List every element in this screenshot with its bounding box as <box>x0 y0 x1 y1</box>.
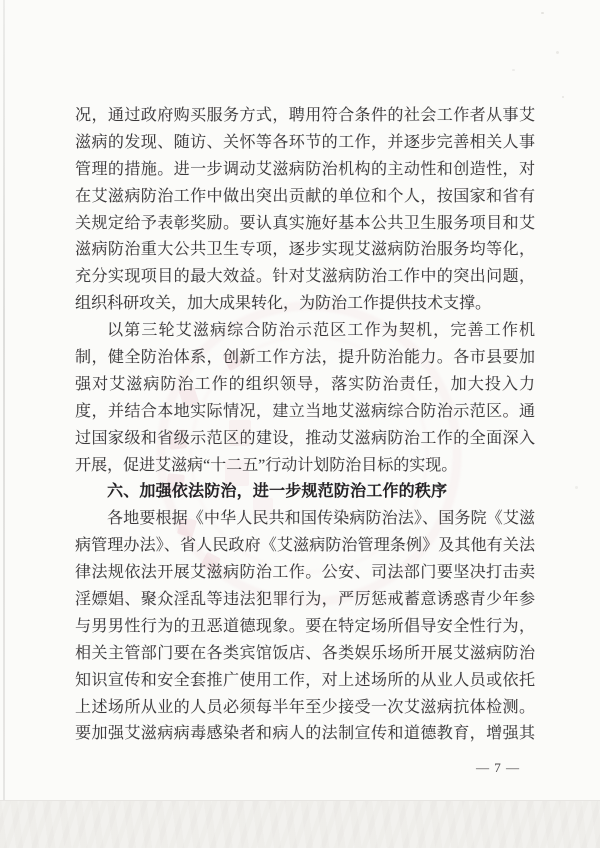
scan-speck <box>562 96 564 98</box>
text-line: 度，并结合本地实际情况，建立当地艾滋病综合防治示范区。通 <box>75 399 535 426</box>
scanned-document-page: 况，通过政府购买服务方式，聘用符合条件的社会工作者从事艾滋病的发现、随访、关怀等… <box>0 0 600 848</box>
document-body: 况，通过政府购买服务方式，聘用符合条件的社会工作者从事艾滋病的发现、随访、关怀等… <box>75 103 535 748</box>
text-line: 各地要根据《中华人民共和国传染病防治法》、国务院《艾滋 <box>75 506 535 533</box>
scan-speck <box>575 486 578 489</box>
text-line: 要加强艾滋病病毒感染者和病人的法制宣传和道德教育，增强其 <box>75 721 535 748</box>
text-line: 开展，促进艾滋病“十二五”行动计划防治目标的实现。 <box>75 453 535 480</box>
text-line: 知识宣传和安全套推广使用工作，对上述场所的从业人员或依托 <box>75 668 535 695</box>
text-line: 相关主管部门要在各类宾馆饭店、各类娱乐场所开展艾滋病防治 <box>75 641 535 668</box>
text-line: 以第三轮艾滋病综合防治示范区工作为契机，完善工作机 <box>75 318 535 345</box>
scan-left-edge-line <box>3 0 5 800</box>
section-heading: 六、加强依法防治，进一步规范防治工作的秩序 <box>75 479 535 506</box>
text-line: 过国家级和省级示范区的建设，推动艾滋病防治工作的全面深入 <box>75 426 535 453</box>
text-line: 制，健全防治体系，创新工作方法，提升防治能力。各市县要加 <box>75 345 535 372</box>
text-line: 滋病的发现、随访、关怀等各环节的工作，并逐步完善相关人事 <box>75 130 535 157</box>
scan-speck <box>541 12 544 14</box>
text-line: 病管理办法》、省人民政府《艾滋病防治管理条例》及其他有关法 <box>75 533 535 560</box>
text-line: 滋病防治重大公共卫生专项，逐步实现艾滋病防治服务均等化， <box>75 237 535 264</box>
text-line: 充分实现项目的最大效益。针对艾滋病防治工作中的突出问题， <box>75 264 535 291</box>
text-line: 况，通过政府购买服务方式，聘用符合条件的社会工作者从事艾 <box>75 103 535 130</box>
text-line: 关规定给予表彰奖励。要认真实施好基本公共卫生服务项目和艾 <box>75 211 535 238</box>
text-line: 与男男性行为的丑恶道德现象。要在特定场所倡导安全性行为， <box>75 614 535 641</box>
text-line: 律法规依法开展艾滋病防治工作。公安、司法部门要坚决打击卖 <box>75 560 535 587</box>
scan-speck <box>512 69 515 71</box>
text-line: 强对艾滋病防治工作的组织领导，落实防治责任，加大投入力 <box>75 372 535 399</box>
text-line: 管理的措施。进一步调动艾滋病防治机构的主动性和创造性，对 <box>75 157 535 184</box>
scan-speck <box>556 51 559 54</box>
page-number: — 7 — <box>468 760 528 776</box>
text-line: 上述场所从业的人员必须每半年至少接受一次艾滋病抗体检测。 <box>75 695 535 722</box>
text-line: 在艾滋病防治工作中做出突出贡献的单位和个人，按国家和省有 <box>75 184 535 211</box>
text-line: 组织科研攻关，加大成果转化，为防治工作提供技术支撑。 <box>75 291 535 318</box>
scan-bottom-shadow <box>0 800 600 848</box>
text-line: 淫嫖娼、聚众淫乱等违法犯罪行为，严厉惩戒蓄意诱惑青少年参 <box>75 587 535 614</box>
